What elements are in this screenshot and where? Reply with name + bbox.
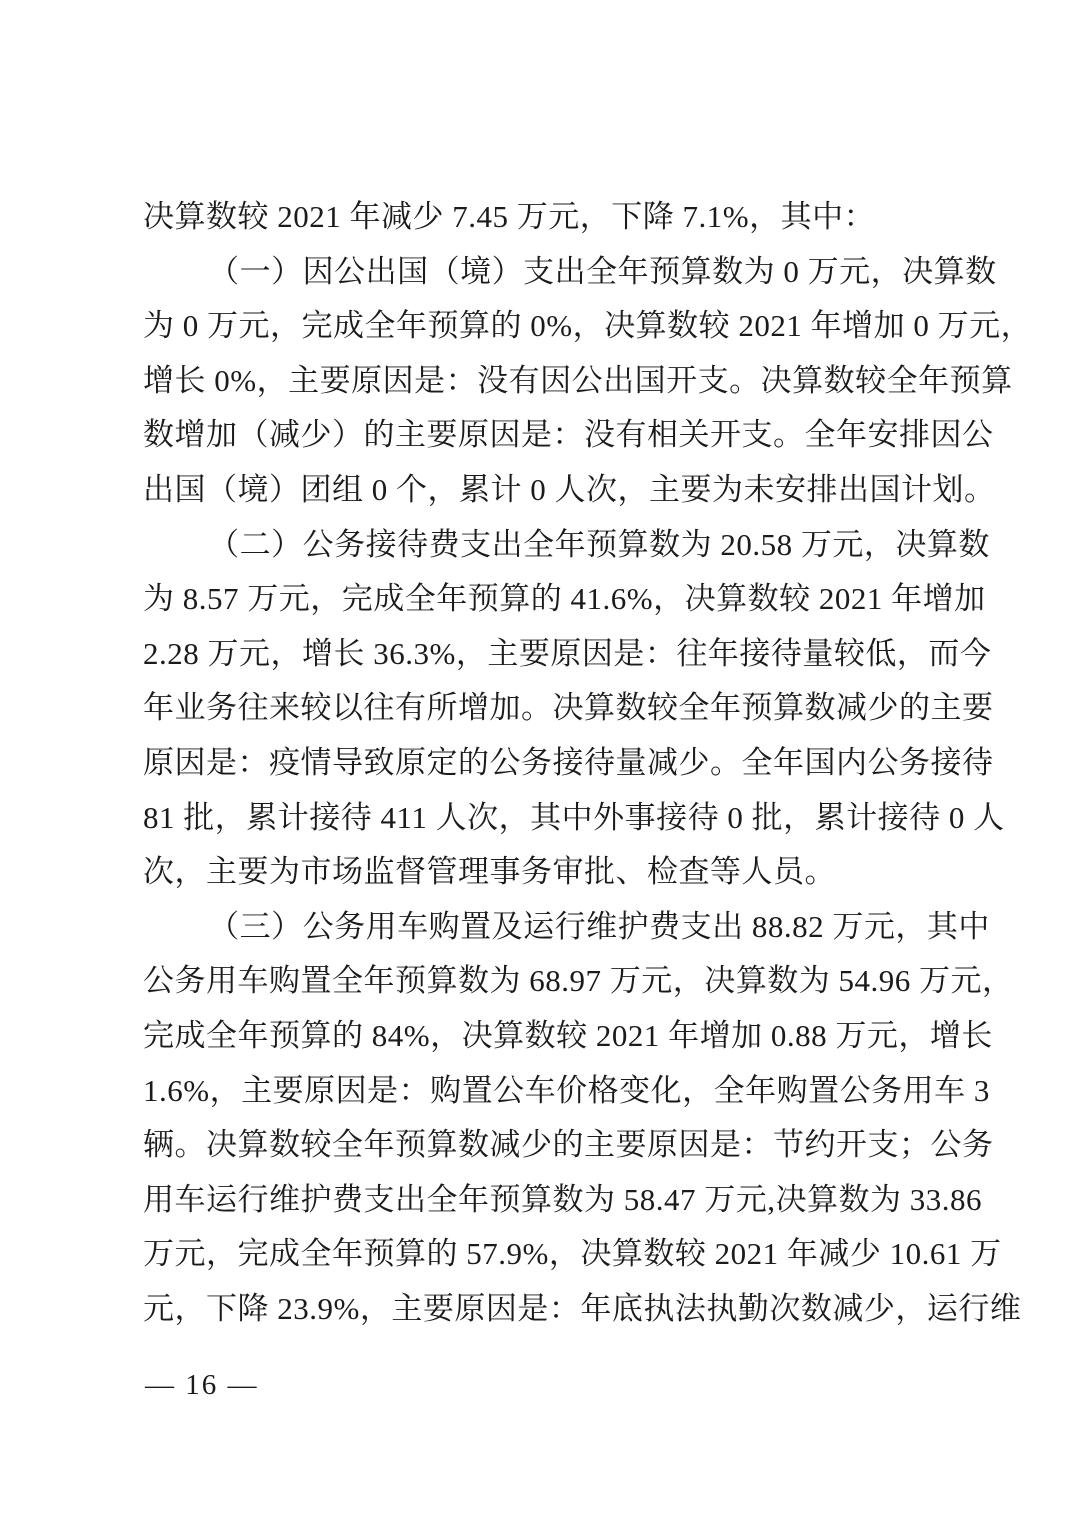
text-line: 2.28 万元，增长 36.3%，主要原因是：往年接待量较低，而今 [143, 627, 945, 682]
text-line: 辆。决算数较全年预算数减少的主要原因是：节约开支；公务 [143, 1118, 945, 1173]
text-line: （二）公务接待费支出全年预算数为 20.58 万元，决算数 [143, 518, 945, 573]
paragraph-continuation: 决算数较 2021 年减少 7.45 万元，下降 7.1%，其中： [143, 190, 945, 245]
text-line: 81 批，累计接待 411 人次，其中外事接待 0 批，累计接待 0 人 [143, 791, 945, 846]
text-line: 元，下降 23.9%，主要原因是：年底执法执勤次数减少，运行维 [143, 1282, 945, 1337]
text-line: 出国（境）团组 0 个，累计 0 人次，主要为未安排出国计划。 [143, 463, 945, 518]
text-line: 为 0 万元，完成全年预算的 0%，决算数较 2021 年增加 0 万元， [143, 299, 945, 354]
text-line: 增长 0%，主要原因是：没有因公出国开支。决算数较全年预算 [143, 354, 945, 409]
paragraph-item-1-outbound-travel: （一）因公出国（境）支出全年预算数为 0 万元，决算数 为 0 万元，完成全年预… [143, 245, 945, 518]
text-line: 为 8.57 万元，完成全年预算的 41.6%，决算数较 2021 年增加 [143, 572, 945, 627]
text-line: 万元，完成全年预算的 57.9%，决算数较 2021 年减少 10.61 万 [143, 1227, 945, 1282]
text-line: 1.6%，主要原因是：购置公车价格变化，全年购置公务用车 3 [143, 1064, 945, 1119]
paragraph-item-2-official-reception: （二）公务接待费支出全年预算数为 20.58 万元，决算数 为 8.57 万元，… [143, 518, 945, 900]
text-line: 次，主要为市场监督管理事务审批、检查等人员。 [143, 845, 945, 900]
text-line: 决算数较 2021 年减少 7.45 万元，下降 7.1%，其中： [143, 190, 945, 245]
document-body: 决算数较 2021 年减少 7.45 万元，下降 7.1%，其中： （一）因公出… [143, 190, 945, 1336]
text-line: 用车运行维护费支出全年预算数为 58.47 万元,决算数为 33.86 [143, 1173, 945, 1228]
text-line: 完成全年预算的 84%，决算数较 2021 年增加 0.88 万元，增长 [143, 1009, 945, 1064]
text-line: 年业务往来较以往有所增加。决算数较全年预算数减少的主要 [143, 681, 945, 736]
text-line: （一）因公出国（境）支出全年预算数为 0 万元，决算数 [143, 245, 945, 300]
text-line: （三）公务用车购置及运行维护费支出 88.82 万元，其中 [143, 900, 945, 955]
page-number: — 16 — [145, 1368, 259, 1402]
text-line: 数增加（减少）的主要原因是：没有相关开支。全年安排因公 [143, 408, 945, 463]
document-page: 决算数较 2021 年减少 7.45 万元，下降 7.1%，其中： （一）因公出… [0, 0, 1074, 1520]
text-line: 原因是：疫情导致原定的公务接待量减少。全年国内公务接待 [143, 736, 945, 791]
paragraph-item-3-official-vehicles: （三）公务用车购置及运行维护费支出 88.82 万元，其中 公务用车购置全年预算… [143, 900, 945, 1337]
text-line: 公务用车购置全年预算数为 68.97 万元，决算数为 54.96 万元， [143, 954, 945, 1009]
